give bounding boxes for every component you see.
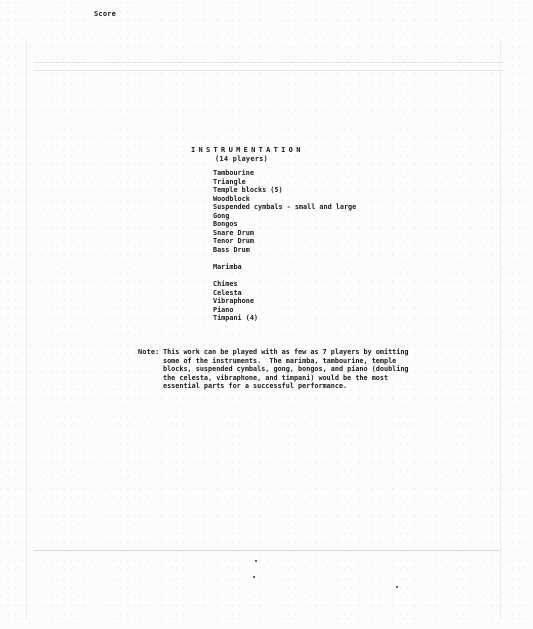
list-item: Celesta [213, 289, 258, 298]
list-item: Chimes [213, 280, 258, 289]
note-line: blocks, suspended cymbals, gong, bongos,… [163, 365, 409, 374]
list-item: Tambourine [213, 169, 356, 178]
list-item: Bongos [213, 220, 356, 229]
scan-artifact-line [34, 550, 499, 551]
list-item: Temple blocks (5) [213, 186, 356, 195]
keyboard-timpani-list: Chimes Celesta Vibraphone Piano Timpani … [213, 280, 258, 323]
note-text: This work can be played with as few as 7… [163, 348, 409, 391]
mallet-list: Marimba [213, 263, 242, 272]
list-item: Snare Drum [213, 229, 356, 238]
list-item: Vibraphone [213, 297, 258, 306]
score-label: Score [94, 10, 116, 19]
scan-speck [253, 576, 255, 578]
scan-speck [396, 586, 398, 588]
list-item: Timpani (4) [213, 314, 258, 323]
list-item: Triangle [213, 178, 356, 187]
scan-speck [255, 560, 257, 562]
instrumentation-title: INSTRUMENTATION [191, 146, 304, 155]
list-item: Tenor Drum [213, 237, 356, 246]
list-item: Suspended cymbals - small and large [213, 203, 356, 212]
list-item: Woodblock [213, 195, 356, 204]
note-line: the celesta, vibraphone, and timpani) wo… [163, 374, 409, 383]
list-item: Piano [213, 306, 258, 315]
scan-artifact-line [34, 62, 504, 63]
note-label: Note: [138, 348, 159, 357]
score-page: Score INSTRUMENTATION (14 players) Tambo… [0, 0, 533, 629]
scan-artifact-line [34, 70, 504, 71]
list-item: Bass Drum [213, 246, 356, 255]
percussion-list: Tambourine Triangle Temple blocks (5) Wo… [213, 169, 356, 254]
note-line: some of the instruments. The marimba, ta… [163, 357, 409, 366]
note-line: essential parts for a successful perform… [163, 382, 409, 391]
scan-artifact-line [500, 40, 501, 620]
players-count: (14 players) [215, 155, 268, 164]
list-item: Marimba [213, 263, 242, 272]
note-line: This work can be played with as few as 7… [163, 348, 409, 357]
scan-artifact-line [26, 40, 27, 620]
scan-texture [0, 0, 533, 629]
list-item: Gong [213, 212, 356, 221]
